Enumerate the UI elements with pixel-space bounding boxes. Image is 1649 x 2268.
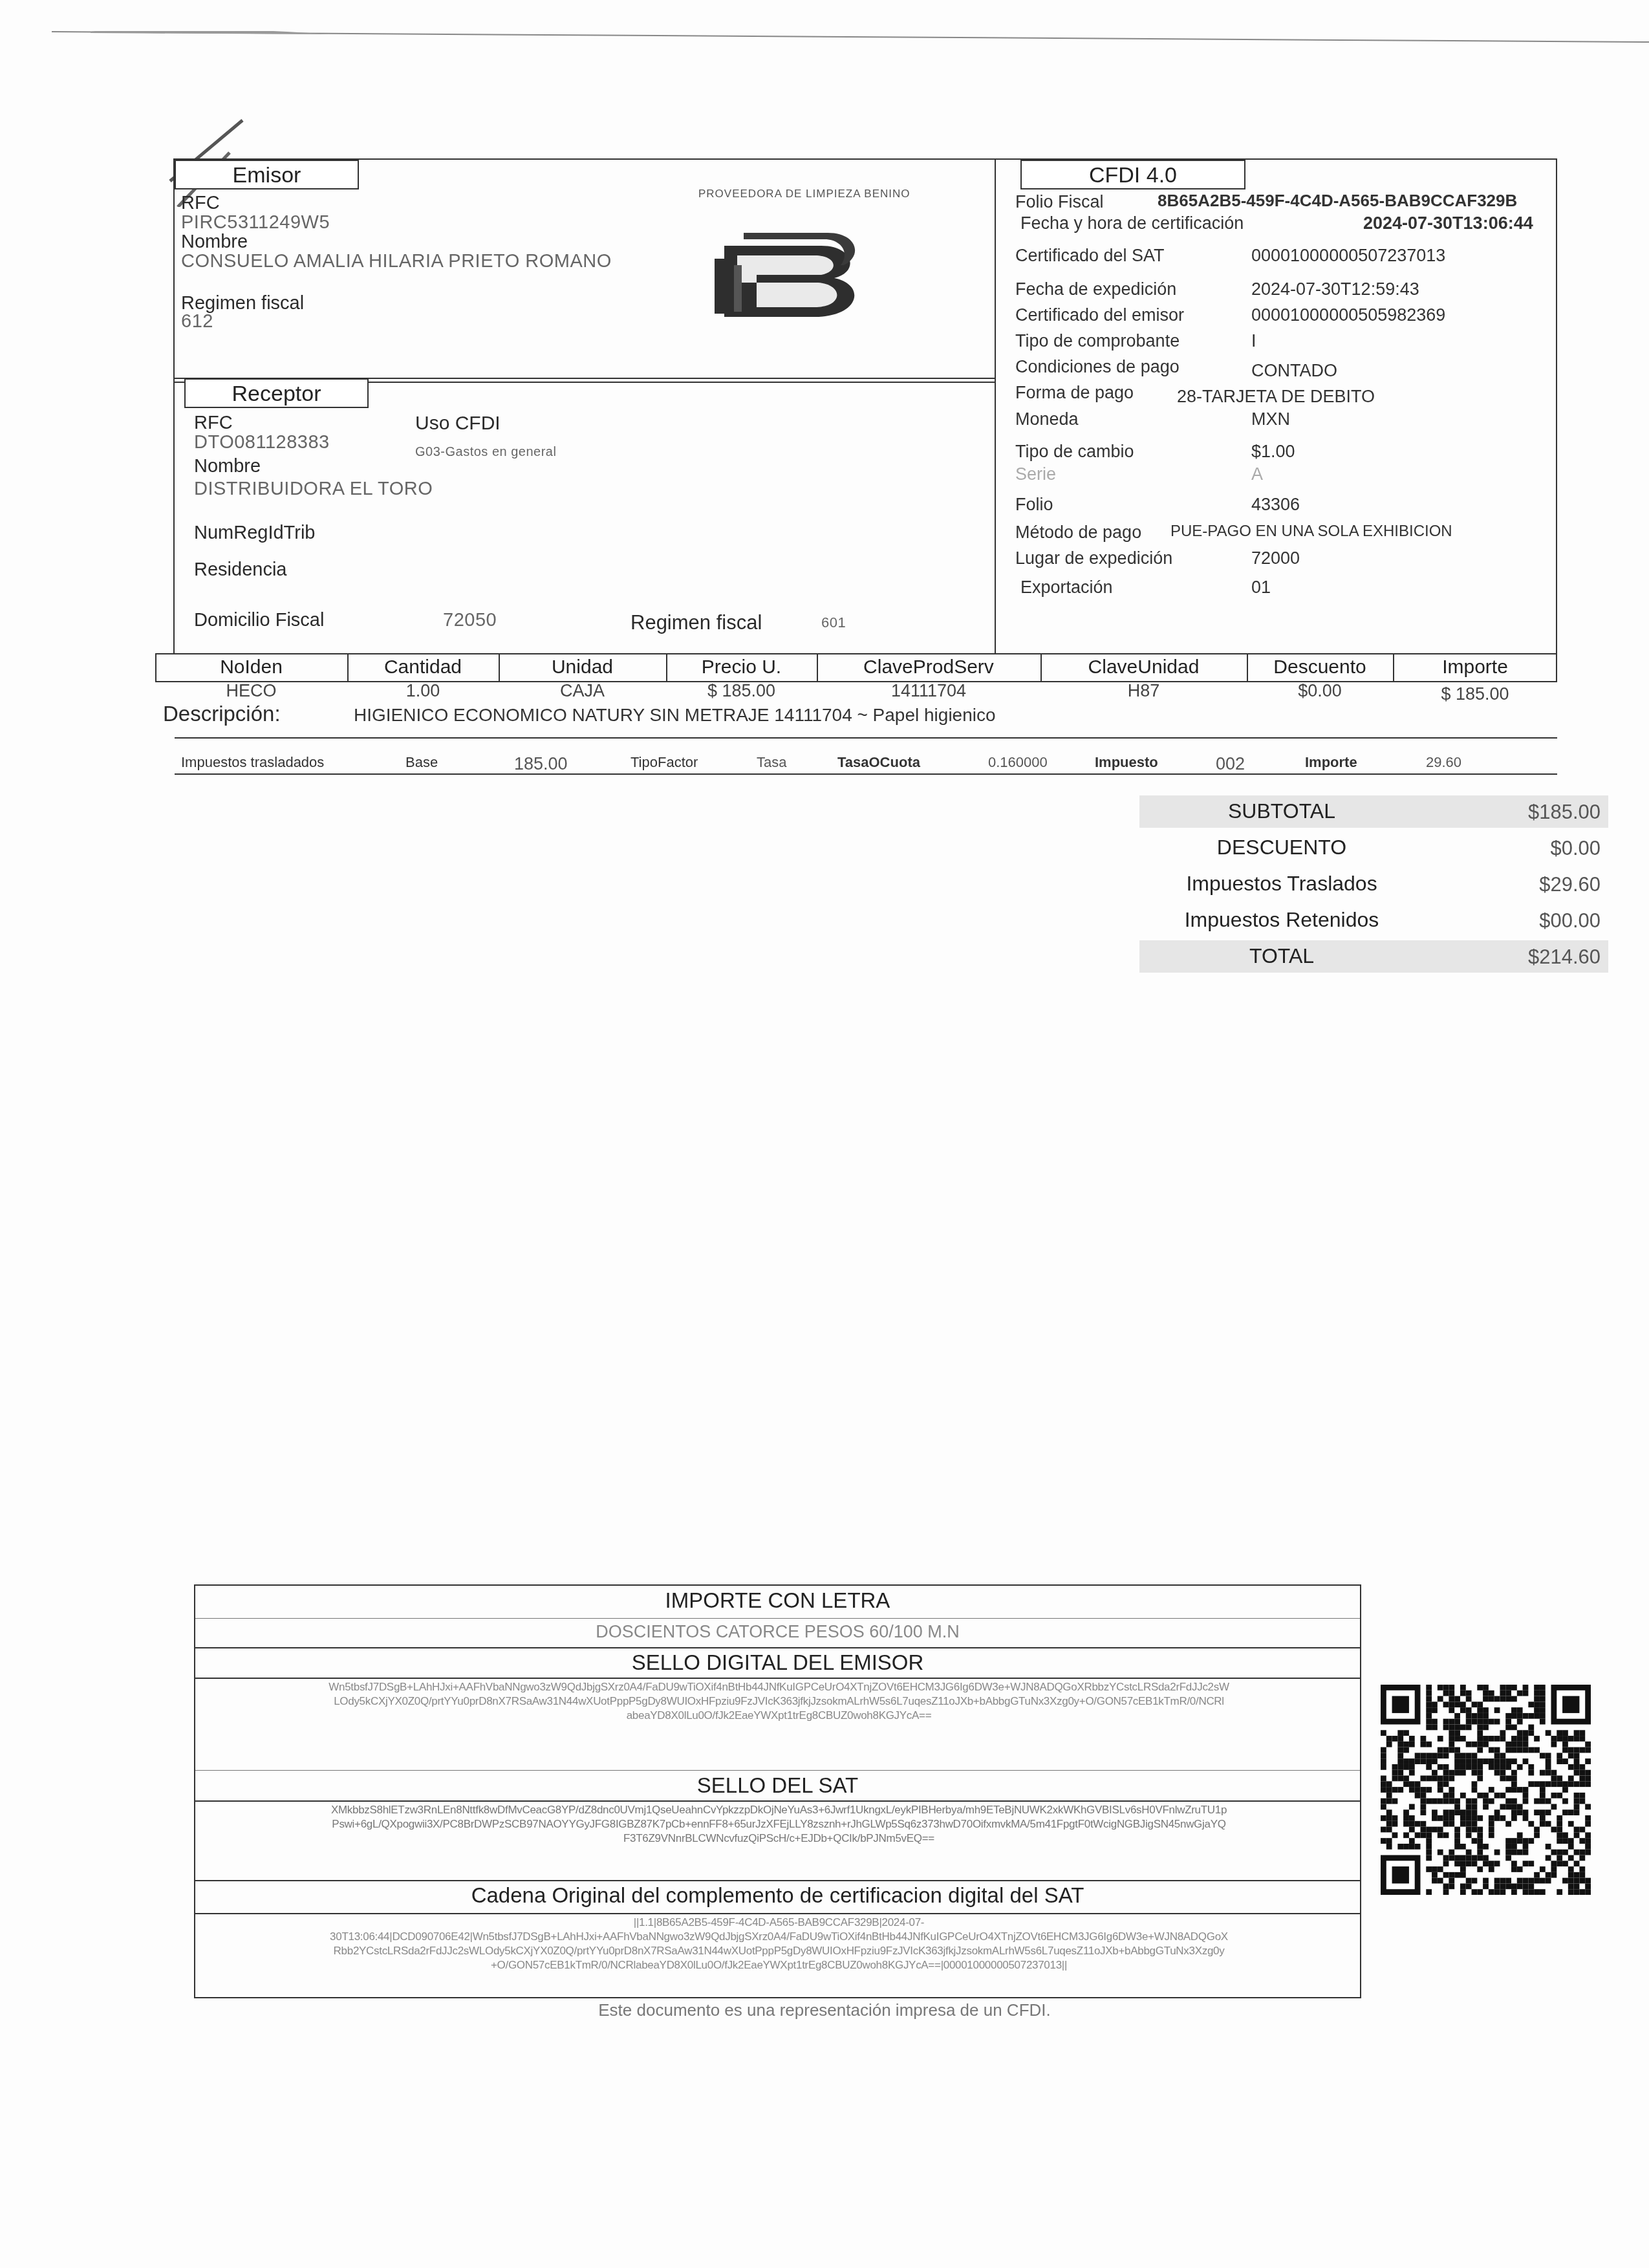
- scan-edge-artifact: [52, 31, 1649, 43]
- emisor-nombre: CONSUELO AMALIA HILARIA PRIETO ROMANO: [181, 251, 612, 272]
- table-cell: H87: [1040, 681, 1247, 701]
- descripcion: HIGIENICO ECONOMICO NATURY SIN METRAJE 1…: [354, 705, 996, 726]
- cfdi-field-value: 00001000000505982369: [1251, 305, 1445, 325]
- cfdi-field-value: 72000: [1251, 548, 1300, 568]
- table-cell: CAJA: [499, 681, 666, 701]
- emisor-rfc: PIRC5311249W5: [181, 212, 330, 233]
- cfdi-field-label: Condiciones de pago: [1015, 357, 1180, 377]
- receptor-regimen: 601: [821, 614, 846, 631]
- receptor-rfc-label: RFC: [194, 413, 233, 434]
- company-caption: PROVEEDORA DE LIMPIEZA BENINO: [698, 188, 911, 200]
- column-header: Cantidad: [347, 656, 499, 678]
- cfdi-field-value: $1.00: [1251, 442, 1295, 462]
- domicilio-fiscal: 72050: [443, 610, 497, 631]
- receptor-rfc: DTO081128383: [194, 432, 330, 453]
- seal-line: Pswi+6gL/QXpogwii3X/PC8BrDWPzSCB97NAOYYG…: [202, 1817, 1356, 1831]
- seal-line: XMkbbzS8hlETzw3RnLEn8Nttfk8wDfMvCeacG8YP…: [202, 1803, 1356, 1817]
- cfdi-field-value: MXN: [1251, 409, 1290, 429]
- residencia-label: Residencia: [194, 559, 286, 581]
- sello-emisor-title: SELLO DIGITAL DEL EMISOR: [195, 1650, 1360, 1675]
- total-value: $214.60: [1528, 945, 1600, 969]
- emisor-rfc-label: RFC: [181, 193, 220, 214]
- table-cell: 1.00: [347, 681, 499, 701]
- emisor-nombre-label: Nombre: [181, 232, 248, 253]
- tax-impuesto-label: Impuesto: [1095, 754, 1158, 771]
- cfdi-field-label: Forma de pago: [1015, 383, 1134, 403]
- folio-fiscal: 8B65A2B5-459F-4C4D-A565-BAB9CCAF329B: [1158, 191, 1517, 211]
- total-label: Impuestos Retenidos: [1152, 908, 1411, 932]
- sello-sat-title: SELLO DEL SAT: [195, 1773, 1360, 1798]
- receptor-nombre-label: Nombre: [194, 456, 261, 477]
- seal-line: 30T13:06:44|DCD090706E42|Wn5tbsfJ7DSgB+L…: [202, 1930, 1356, 1944]
- total-value: $00.00: [1539, 909, 1600, 933]
- tax-tasa: 0.160000: [988, 754, 1048, 771]
- cfdi-field-label: Fecha de expedición: [1015, 279, 1176, 299]
- tax-importe: 29.60: [1426, 754, 1461, 771]
- importe-letra-title: IMPORTE CON LETRA: [195, 1588, 1360, 1613]
- importe-letra-value: DOSCIENTOS CATORCE PESOS 60/100 M.N: [195, 1622, 1360, 1642]
- seal-line: +O/GON57cEB1kTmR/0/NCRlabeaYD8X0lLu0O/fJ…: [202, 1958, 1356, 1972]
- cfdi-field-label: Exportación: [1020, 578, 1113, 598]
- seal-line: LOdy5kCXjYX0Z0Q/prtYYu0prD8nX7RSaAw31N44…: [202, 1694, 1356, 1709]
- cfdi-field-value: I: [1251, 331, 1256, 351]
- receptor-nombre: DISTRIBUIDORA EL TORO: [194, 479, 433, 500]
- cadena-original-text: ||1.1|8B65A2B5-459F-4C4D-A565-BAB9CCAF32…: [202, 1916, 1356, 1972]
- cfdi-field-value: 28-TARJETA DE DEBITO: [1177, 387, 1375, 407]
- tax-impuesto: 002: [1216, 754, 1245, 774]
- fecha-certificacion-label: Fecha y hora de certificación: [1020, 213, 1244, 233]
- tax-tipofactor-label: TipoFactor: [630, 754, 698, 771]
- cfdi-field-value: 00001000000507237013: [1251, 246, 1445, 266]
- column-header: NoIden: [155, 656, 347, 678]
- numregidtrib-label: NumRegIdTrib: [194, 523, 315, 544]
- emisor-section-label: Emisor: [175, 160, 359, 189]
- column-header: Precio U.: [666, 656, 817, 678]
- receptor-section-label: Receptor: [184, 378, 369, 408]
- cfdi-field-label: Tipo de comprobante: [1015, 331, 1180, 351]
- tax-label: Impuestos trasladados: [181, 754, 324, 771]
- column-header: Unidad: [499, 656, 666, 678]
- seal-line: F3T6Z9VNnrBLCWNcvfuzQiPScH/c+EJDb+QCIk/b…: [202, 1831, 1356, 1846]
- header-divider: [995, 158, 996, 654]
- cfdi-field-label: Moneda: [1015, 409, 1079, 429]
- column-header: ClaveProdServ: [817, 656, 1040, 678]
- receptor-regimen-label: Regimen fiscal: [630, 611, 762, 634]
- cfdi-field-label: Folio: [1015, 495, 1053, 515]
- tax-importe-label: Importe: [1305, 754, 1357, 771]
- cfdi-field-label: Serie: [1015, 464, 1056, 484]
- total-value: $185.00: [1528, 801, 1600, 824]
- cfdi-field-label: Certificado del emisor: [1015, 305, 1184, 325]
- seal-line: abeaYD8X0lLu0O/fJk2EaeYWXpt1trEg8CBUZ0wo…: [202, 1709, 1356, 1723]
- footer-note: Este documento es una representación imp…: [0, 2000, 1649, 2020]
- tax-tipofactor: Tasa: [757, 754, 786, 771]
- total-value: $0.00: [1550, 837, 1600, 860]
- tax-base: 185.00: [514, 754, 568, 774]
- column-header: Descuento: [1247, 656, 1393, 678]
- cfdi-field-value: 01: [1251, 578, 1271, 598]
- seal-line: Rbb2YCstcLRSda2rFdJJc2sWLOdy5kCXjYX0Z0Q/…: [202, 1944, 1356, 1958]
- cadena-original-title: Cadena Original del complemento de certi…: [195, 1883, 1360, 1908]
- total-row: SUBTOTAL$185.00: [1139, 795, 1608, 828]
- qr-code-icon: [1381, 1685, 1591, 1895]
- cfdi-field-label: Tipo de cambio: [1015, 442, 1134, 462]
- cfdi-field-value: A: [1251, 464, 1263, 484]
- table-cell: HECO: [155, 681, 347, 701]
- cfdi-field-value: 43306: [1251, 495, 1300, 515]
- total-row: DESCUENTO$0.00: [1139, 832, 1608, 864]
- total-label: DESCUENTO: [1185, 836, 1379, 859]
- company-logo-icon: [705, 220, 873, 323]
- folio-fiscal-label: Folio Fiscal: [1015, 192, 1104, 212]
- total-value: $29.60: [1539, 873, 1600, 896]
- tax-underline: [175, 773, 1557, 775]
- descripcion-label: Descripción:: [163, 702, 281, 726]
- fecha-certificacion: 2024-07-30T13:06:44: [1363, 213, 1533, 233]
- uso-cfdi: G03-Gastos en general: [415, 445, 556, 460]
- table-cell: 14111704: [817, 681, 1040, 701]
- table-cell: $ 185.00: [666, 681, 817, 701]
- sello-sat-text: XMkbbzS8hlETzw3RnLEn8Nttfk8wDfMvCeacG8YP…: [202, 1803, 1356, 1846]
- cfdi-field-value: 2024-07-30T12:59:43: [1251, 279, 1419, 299]
- table-cell: $0.00: [1247, 681, 1393, 701]
- total-label: Impuestos Traslados: [1152, 872, 1411, 896]
- column-header: Importe: [1393, 656, 1557, 678]
- total-label: SUBTOTAL: [1185, 799, 1379, 823]
- column-header: ClaveUnidad: [1040, 656, 1247, 678]
- total-row: Impuestos Retenidos$00.00: [1139, 904, 1608, 936]
- cfdi-version-label: CFDI 4.0: [1020, 160, 1245, 189]
- total-label: TOTAL: [1185, 944, 1379, 968]
- seal-line: Wn5tbsfJ7DSgB+LAhHJxi+AAFhVbaNNgwo3zW9Qd…: [202, 1680, 1356, 1694]
- tax-tasa-label: TasaOCuota: [837, 754, 920, 771]
- table-cell: $ 185.00: [1393, 684, 1557, 704]
- cfdi-field-label: Método de pago: [1015, 523, 1141, 543]
- cfdi-field-value: CONTADO: [1251, 361, 1337, 381]
- cfdi-field-label: Certificado del SAT: [1015, 246, 1165, 266]
- seals-box: IMPORTE CON LETRA DOSCIENTOS CATORCE PES…: [194, 1584, 1361, 1998]
- tax-base-label: Base: [405, 754, 438, 771]
- sello-emisor-text: Wn5tbsfJ7DSgB+LAhHJxi+AAFhVbaNNgwo3zW9Qd…: [202, 1680, 1356, 1723]
- uso-cfdi-label: Uso CFDI: [415, 413, 501, 435]
- cfdi-field-label: Lugar de expedición: [1015, 548, 1172, 568]
- cfdi-field-value: PUE-PAGO EN UNA SOLA EXHIBICION: [1170, 523, 1452, 541]
- items-divider: [175, 737, 1557, 739]
- seal-line: ||1.1|8B65A2B5-459F-4C4D-A565-BAB9CCAF32…: [202, 1916, 1356, 1930]
- domicilio-fiscal-label: Domicilio Fiscal: [194, 610, 324, 631]
- total-row: Impuestos Traslados$29.60: [1139, 868, 1608, 900]
- total-row: TOTAL$214.60: [1139, 940, 1608, 973]
- emisor-regimen: 612: [181, 311, 213, 332]
